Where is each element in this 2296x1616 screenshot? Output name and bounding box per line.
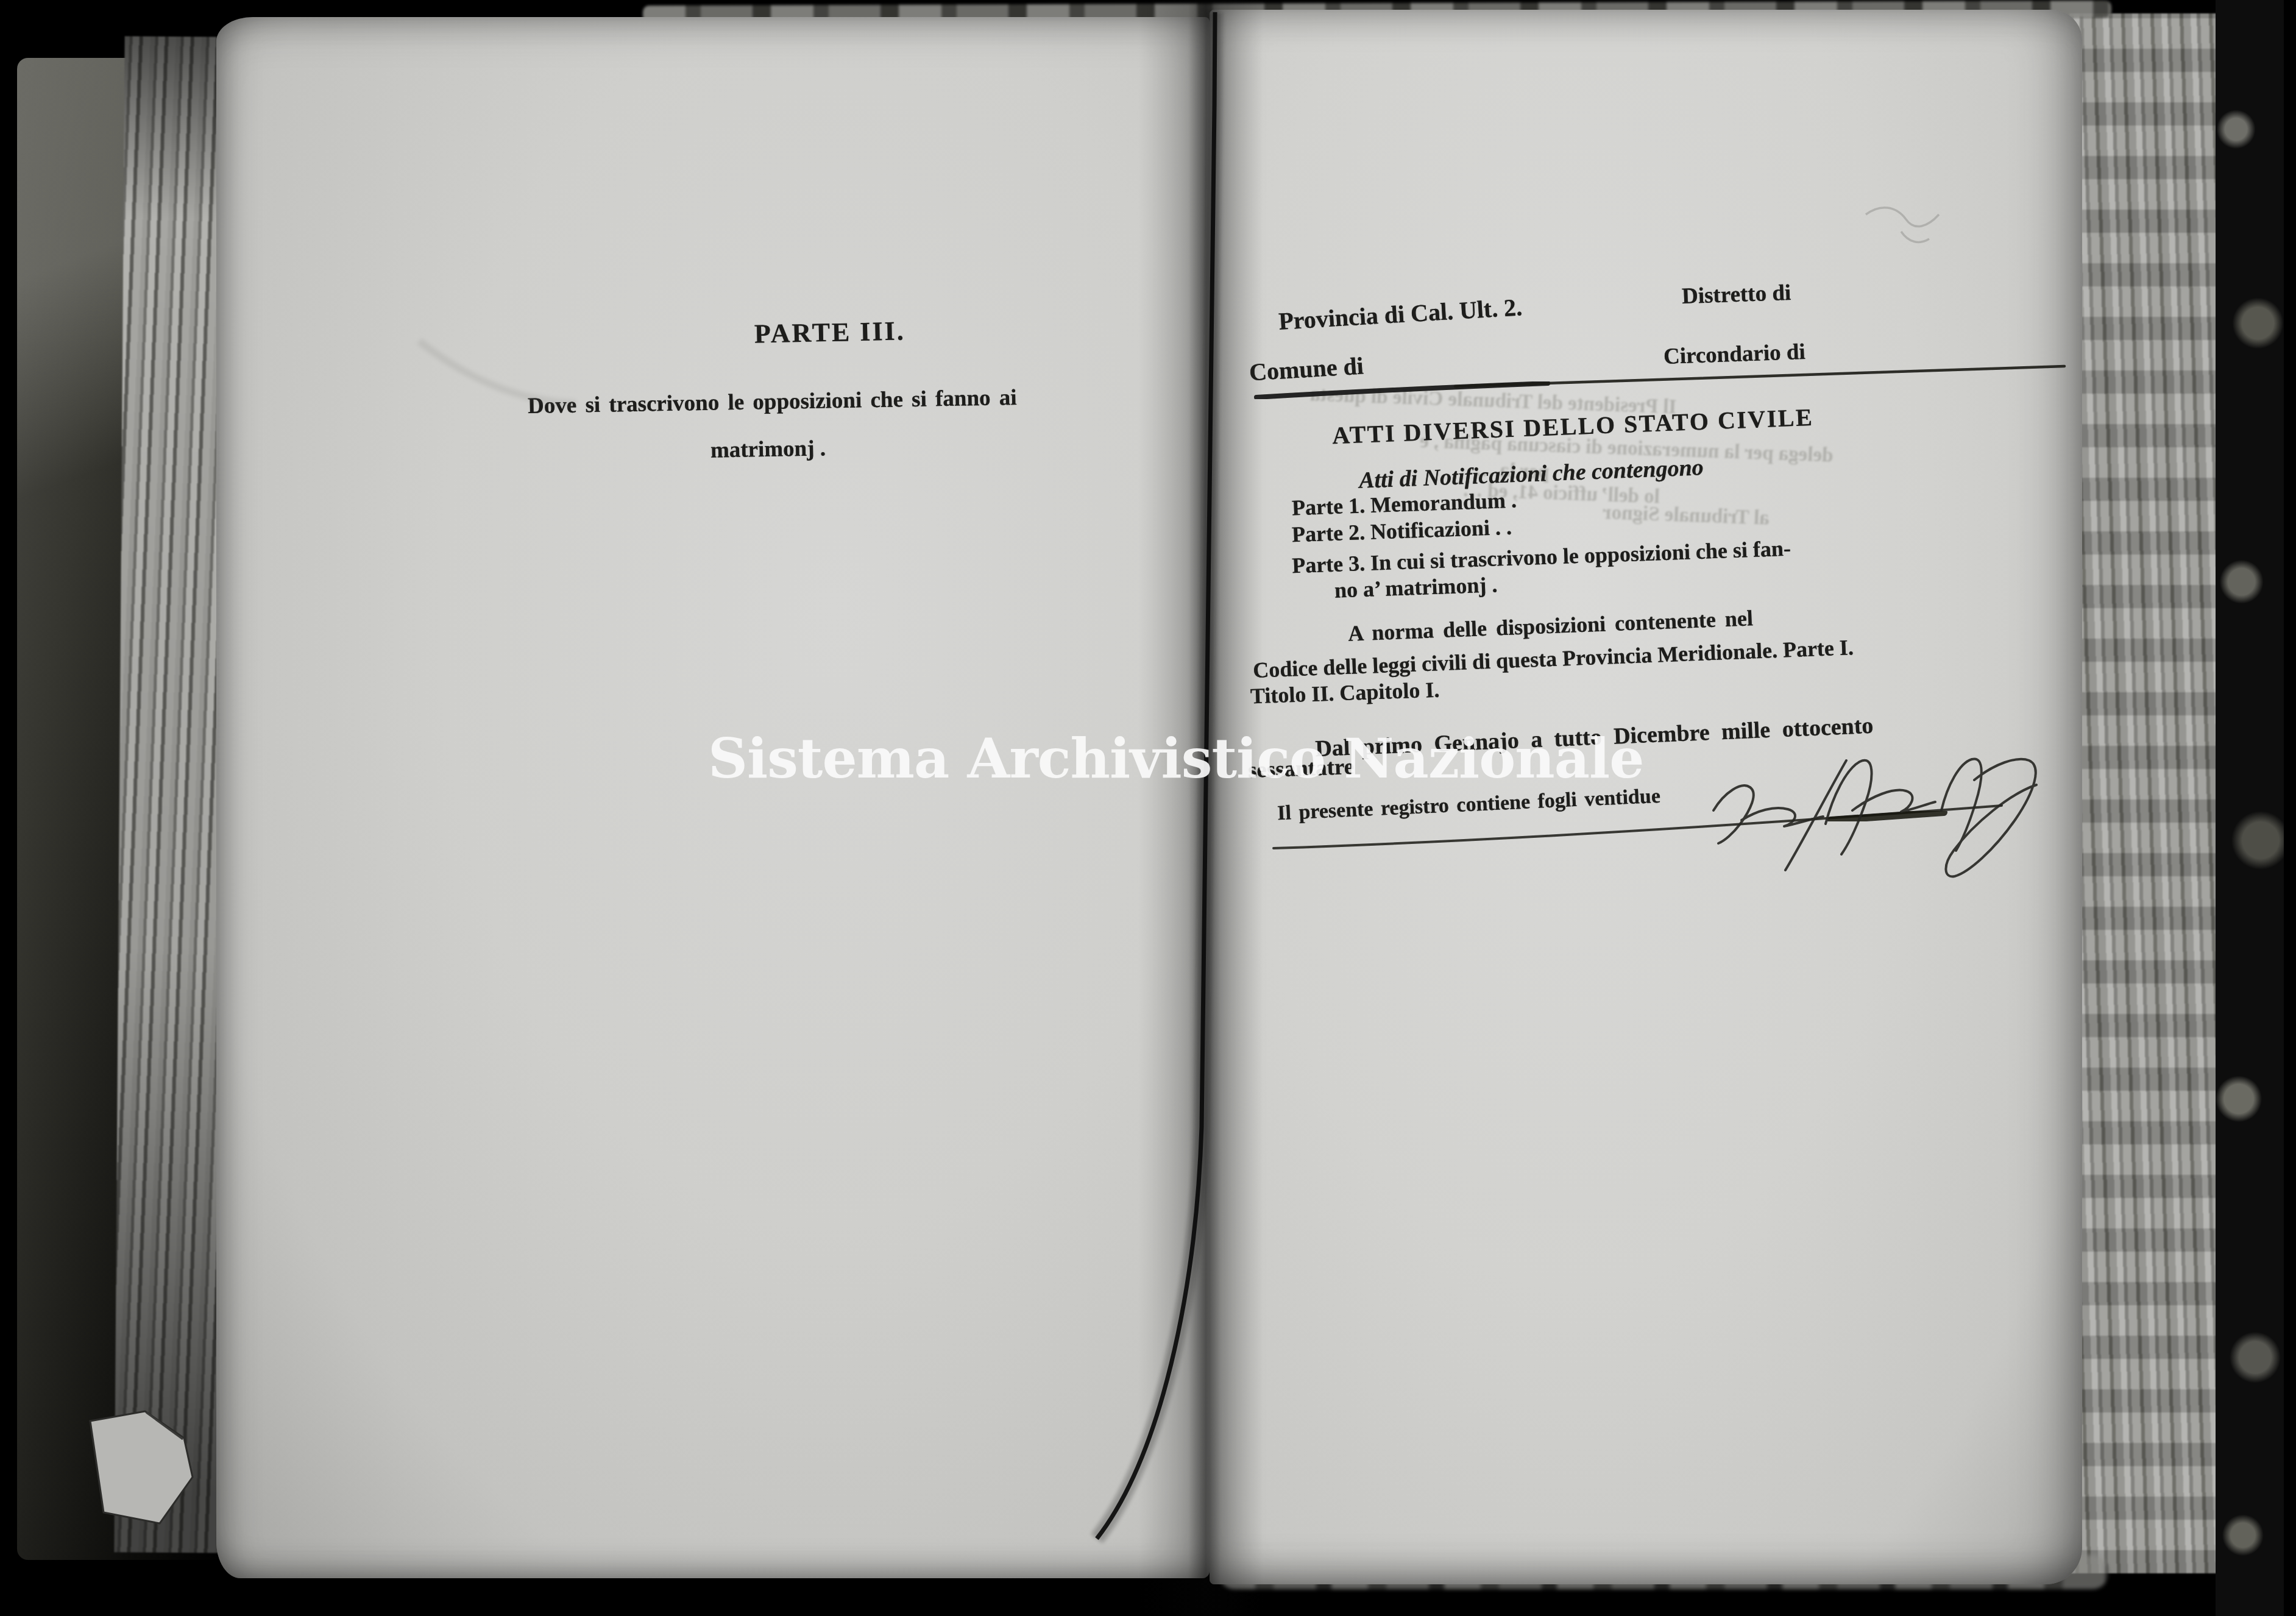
- archival-book-photo: Il Presidente del Tribunale Civile di qu…: [0, 0, 2296, 1616]
- watermark: Sistema Archivistico Nazionale: [708, 726, 1643, 791]
- register-underline: [1274, 806, 2002, 848]
- ink-overlay: [0, 0, 2296, 1616]
- register-underline-heavy-segment: [1831, 812, 1944, 820]
- faint-handwritten-mark: [1866, 208, 1939, 243]
- handwritten-rule-right: [1455, 366, 2064, 386]
- torn-page-corner: [90, 1411, 193, 1523]
- paper-smudge: [419, 341, 576, 403]
